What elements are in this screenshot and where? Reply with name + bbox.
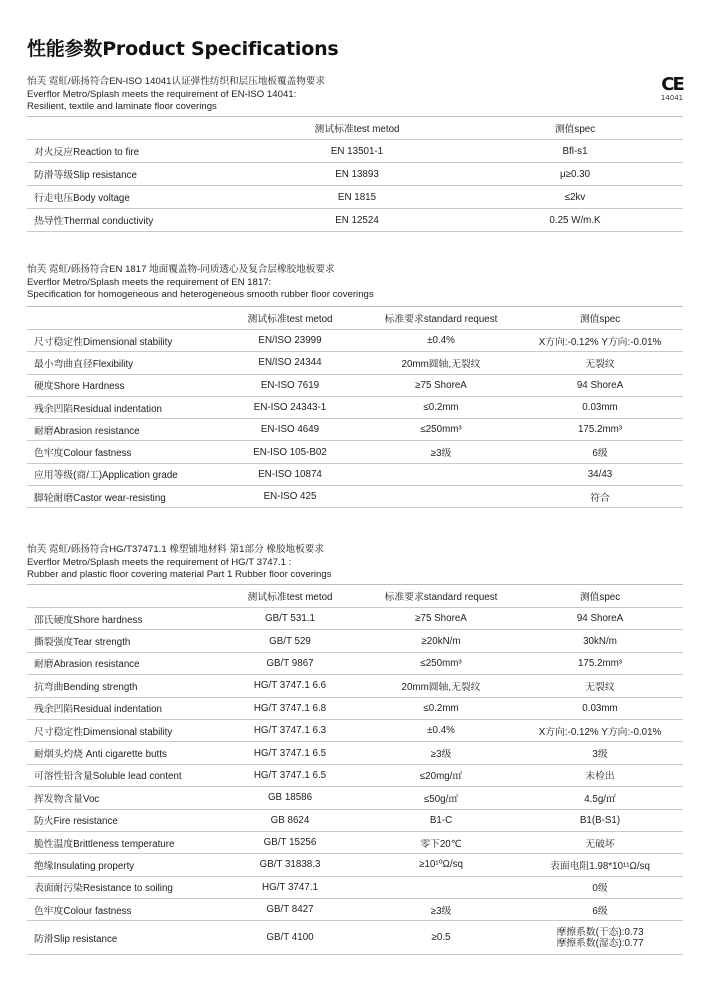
table-row: 色牢度Colour fastness EN-ISO 105-B02 ≥3级 6级 (27, 441, 683, 463)
method-cell: EN-ISO 24343-1 (215, 396, 365, 418)
method-cell: EN-ISO 10874 (215, 463, 365, 485)
header-cell: 测值spec (467, 117, 683, 140)
spec-cell: 6级 (517, 441, 683, 463)
table-row: 色牢度Colour fastness GB/T 8427 ≥3级 6级 (27, 899, 683, 921)
table-header-row: 测试标准test metod 标准要求standard request 测值sp… (27, 307, 683, 330)
spec-cell: 30kN/m (517, 630, 683, 652)
property-cell: 防滑Slip resistance (27, 921, 215, 955)
spec-cell: 表面电阻1.98*10¹¹Ω/sq (517, 854, 683, 876)
header-cell (27, 117, 247, 140)
request-cell: ≤250mm³ (365, 652, 517, 674)
property-cell: 最小弯曲直径Flexibility (27, 352, 215, 374)
request-cell (365, 463, 517, 485)
request-cell: ≥3级 (365, 742, 517, 764)
request-cell: ≥0.5 (365, 921, 517, 955)
method-cell: HG/T 3747.1 6.6 (215, 675, 365, 697)
header-cell: 标准要求standard request (365, 585, 517, 608)
method-cell: EN 13501-1 (247, 140, 467, 163)
table-row: 残余凹陷Residual indentation EN-ISO 24343-1 … (27, 396, 683, 418)
table-row: 行走电压Body voltage EN 1815 ≤2kv (27, 186, 683, 209)
table-row: 挥发物含量Voc GB 18586 ≤50g/㎡ 4.5g/㎡ (27, 787, 683, 809)
property-cell: 耐磨Abrasion resistance (27, 419, 215, 441)
request-cell: ≤50g/㎡ (365, 787, 517, 809)
request-cell: ≤20mg/㎡ (365, 764, 517, 786)
method-cell: EN-ISO 105-B02 (215, 441, 365, 463)
method-cell: GB 8624 (215, 809, 365, 831)
spec-cell: 175.2mm³ (517, 419, 683, 441)
property-cell: 挥发物含量Voc (27, 787, 215, 809)
method-cell: GB/T 31838.3 (215, 854, 365, 876)
header-cell: 测值spec (517, 585, 683, 608)
method-cell: HG/T 3747.1 6.8 (215, 697, 365, 719)
request-cell: ≥75 ShoreA (365, 374, 517, 396)
request-cell: ≥3级 (365, 899, 517, 921)
property-cell: 绝缘Insulating property (27, 854, 215, 876)
table-header-row: 测试标准test metod 标准要求standard request 测值sp… (27, 585, 683, 608)
method-cell: HG/T 3747.1 6.5 (215, 742, 365, 764)
intro-line: 怡芙 霓虹/砾扬符合EN 1817 地面覆盖物-同质透心及复合层橡胶地板要求 (27, 264, 374, 277)
ce-icon: CE (654, 76, 690, 94)
property-cell: 撕裂强度Tear strength (27, 630, 215, 652)
header-cell: 测值spec (517, 307, 683, 330)
table-row: 尺寸稳定性Dimensional stability EN/ISO 23999 … (27, 330, 683, 352)
table-row: 脚轮耐磨Castor wear-resisting EN-ISO 425 符合 (27, 486, 683, 508)
section-2-intro: 怡芙 霓虹/砾扬符合EN 1817 地面覆盖物-同质透心及复合层橡胶地板要求 E… (27, 264, 374, 302)
spec-cell: 0.03mm (517, 697, 683, 719)
table-row: 绝缘Insulating property GB/T 31838.3 ≥10¹⁰… (27, 854, 683, 876)
table-row: 耐磨Abrasion resistance EN-ISO 4649 ≤250mm… (27, 419, 683, 441)
spec-cell: μ≥0.30 (467, 163, 683, 186)
request-cell: ≥75 ShoreA (365, 608, 517, 630)
table-row: 耐烟头灼烧 Anti cigarette butts HG/T 3747.1 6… (27, 742, 683, 764)
request-cell: ±0.4% (365, 719, 517, 741)
spec-cell: 4.5g/㎡ (517, 787, 683, 809)
method-cell: EN-ISO 7619 (215, 374, 365, 396)
property-cell: 残余凹陷Residual indentation (27, 697, 215, 719)
header-cell: 测试标准test metod (247, 117, 467, 140)
method-cell: GB/T 529 (215, 630, 365, 652)
spec-cell: 摩擦系数(干态):0.73 摩擦系数(湿态):0.77 (517, 921, 683, 955)
request-cell: 20mm圆轴,无裂纹 (365, 352, 517, 374)
method-cell: EN 13893 (247, 163, 467, 186)
request-cell (365, 876, 517, 898)
intro-line: Everflor Metro/Splash meets the requirem… (27, 89, 325, 102)
slip-dry-value: 摩擦系数(干态):0.73 (517, 927, 683, 938)
table-header-row: 测试标准test metod 测值spec (27, 117, 683, 140)
table-row: 硬度Shore Hardness EN-ISO 7619 ≥75 ShoreA … (27, 374, 683, 396)
property-cell: 应用等级(商/工)Application grade (27, 463, 215, 485)
property-cell: 可溶性铅含量Soluble lead content (27, 764, 215, 786)
table-row: 对火反应Reaction to fire EN 13501-1 Bfl-s1 (27, 140, 683, 163)
property-cell: 表面耐污染Resistance to soiling (27, 876, 215, 898)
method-cell: GB/T 9867 (215, 652, 365, 674)
property-cell: 对火反应Reaction to fire (27, 140, 247, 163)
intro-line: Rubber and plastic floor covering materi… (27, 569, 332, 582)
intro-line: Specification for homogeneous and hetero… (27, 289, 374, 302)
request-cell: ±0.4% (365, 330, 517, 352)
spec-cell: X方向:-0.12% Y方向:-0.01% (517, 719, 683, 741)
spec-table-en-iso-14041: 测试标准test metod 测值spec 对火反应Reaction to fi… (27, 116, 683, 232)
table-row: 应用等级(商/工)Application grade EN-ISO 10874 … (27, 463, 683, 485)
table-row: 抗弯曲Bending strength HG/T 3747.1 6.6 20mm… (27, 675, 683, 697)
request-cell (365, 486, 517, 508)
method-cell: HG/T 3747.1 (215, 876, 365, 898)
method-cell: GB/T 4100 (215, 921, 365, 955)
table-row: 最小弯曲直径Flexibility EN/ISO 24344 20mm圆轴,无裂… (27, 352, 683, 374)
request-cell: 零下20℃ (365, 831, 517, 853)
request-cell: ≥10¹⁰Ω/sq (365, 854, 517, 876)
spec-cell: 175.2mm³ (517, 652, 683, 674)
header-cell (27, 307, 215, 330)
header-cell: 测试标准test metod (215, 307, 365, 330)
spec-cell: 3级 (517, 742, 683, 764)
table-row: 撕裂强度Tear strength GB/T 529 ≥20kN/m 30kN/… (27, 630, 683, 652)
table-row: 防火Fire resistance GB 8624 B1-C B1(B-S1) (27, 809, 683, 831)
method-cell: EN-ISO 425 (215, 486, 365, 508)
page-title: 性能参数Product Specifications (27, 34, 339, 61)
spec-cell: 符合 (517, 486, 683, 508)
method-cell: EN/ISO 23999 (215, 330, 365, 352)
intro-line: Resilient, textile and laminate floor co… (27, 101, 325, 114)
header-cell: 标准要求standard request (365, 307, 517, 330)
slip-wet-value: 摩擦系数(湿态):0.77 (517, 938, 683, 949)
request-cell: ≤250mm³ (365, 419, 517, 441)
spec-table-en-1817: 测试标准test metod 标准要求standard request 测值sp… (27, 306, 683, 508)
spec-cell: 无裂纹 (517, 352, 683, 374)
request-cell: 20mm圆轴,无裂纹 (365, 675, 517, 697)
table-row: 防滑Slip resistance GB/T 4100 ≥0.5 摩擦系数(干态… (27, 921, 683, 955)
intro-line: 怡芙 霓虹/砾扬符合EN-ISO 14041认证弹性纺织和层压地板覆盖物要求 (27, 76, 325, 89)
intro-line: Everflor Metro/Splash meets the requirem… (27, 557, 332, 570)
spec-table-hg-t-3747-1: 测试标准test metod 标准要求standard request 测值sp… (27, 584, 683, 955)
request-cell: ≤0.2mm (365, 396, 517, 418)
table-row: 邵氏硬度Shore hardness GB/T 531.1 ≥75 ShoreA… (27, 608, 683, 630)
spec-cell: 无破坏 (517, 831, 683, 853)
spec-cell: X方向:-0.12% Y方向:-0.01% (517, 330, 683, 352)
spec-cell: 无裂纹 (517, 675, 683, 697)
spec-cell: Bfl-s1 (467, 140, 683, 163)
property-cell: 行走电压Body voltage (27, 186, 247, 209)
request-cell: B1-C (365, 809, 517, 831)
request-cell: ≥3级 (365, 441, 517, 463)
property-cell: 色牢度Colour fastness (27, 441, 215, 463)
property-cell: 热导性Thermal conductivity (27, 209, 247, 232)
section-1-intro: 怡芙 霓虹/砾扬符合EN-ISO 14041认证弹性纺织和层压地板覆盖物要求 E… (27, 76, 325, 114)
property-cell: 防火Fire resistance (27, 809, 215, 831)
ce-number: 14041 (654, 94, 690, 102)
method-cell: HG/T 3747.1 6.5 (215, 764, 365, 786)
table-row: 残余凹陷Residual indentation HG/T 3747.1 6.8… (27, 697, 683, 719)
table-row: 可溶性铅含量Soluble lead content HG/T 3747.1 6… (27, 764, 683, 786)
method-cell: GB 18586 (215, 787, 365, 809)
property-cell: 耐磨Abrasion resistance (27, 652, 215, 674)
table-row: 表面耐污染Resistance to soiling HG/T 3747.1 0… (27, 876, 683, 898)
spec-cell: B1(B-S1) (517, 809, 683, 831)
request-cell: ≤0.2mm (365, 697, 517, 719)
property-cell: 尺寸稳定性Dimensional stability (27, 330, 215, 352)
method-cell: EN 12524 (247, 209, 467, 232)
method-cell: HG/T 3747.1 6.3 (215, 719, 365, 741)
spec-cell: 0.25 W/m.K (467, 209, 683, 232)
property-cell: 邵氏硬度Shore hardness (27, 608, 215, 630)
method-cell: GB/T 15256 (215, 831, 365, 853)
method-cell: EN 1815 (247, 186, 467, 209)
section-3-intro: 怡芙 霓虹/砾扬符合HG/T37471.1 橡塑铺地材料 第1部分 橡胶地板要求… (27, 544, 332, 582)
header-cell: 测试标准test metod (215, 585, 365, 608)
spec-cell: 0.03mm (517, 396, 683, 418)
header-cell (27, 585, 215, 608)
ce-mark: CE 14041 (654, 76, 690, 102)
property-cell: 脚轮耐磨Castor wear-resisting (27, 486, 215, 508)
property-cell: 残余凹陷Residual indentation (27, 396, 215, 418)
method-cell: GB/T 8427 (215, 899, 365, 921)
property-cell: 防滑等级Slip resistance (27, 163, 247, 186)
property-cell: 脆性温度Brittleness temperature (27, 831, 215, 853)
method-cell: GB/T 531.1 (215, 608, 365, 630)
spec-cell: 6级 (517, 899, 683, 921)
property-cell: 尺寸稳定性Dimensional stability (27, 719, 215, 741)
table-row: 尺寸稳定性Dimensional stability HG/T 3747.1 6… (27, 719, 683, 741)
spec-cell: 34/43 (517, 463, 683, 485)
property-cell: 硬度Shore Hardness (27, 374, 215, 396)
intro-line: Everflor Metro/Splash meets the requirem… (27, 277, 374, 290)
request-cell: ≥20kN/m (365, 630, 517, 652)
table-row: 耐磨Abrasion resistance GB/T 9867 ≤250mm³ … (27, 652, 683, 674)
property-cell: 抗弯曲Bending strength (27, 675, 215, 697)
method-cell: EN-ISO 4649 (215, 419, 365, 441)
spec-cell: ≤2kv (467, 186, 683, 209)
intro-line: 怡芙 霓虹/砾扬符合HG/T37471.1 橡塑铺地材料 第1部分 橡胶地板要求 (27, 544, 332, 557)
spec-cell: 0级 (517, 876, 683, 898)
table-row: 防滑等级Slip resistance EN 13893 μ≥0.30 (27, 163, 683, 186)
spec-cell: 94 ShoreA (517, 608, 683, 630)
property-cell: 色牢度Colour fastness (27, 899, 215, 921)
property-cell: 耐烟头灼烧 Anti cigarette butts (27, 742, 215, 764)
table-row: 脆性温度Brittleness temperature GB/T 15256 零… (27, 831, 683, 853)
table-row: 热导性Thermal conductivity EN 12524 0.25 W/… (27, 209, 683, 232)
spec-cell: 未检出 (517, 764, 683, 786)
method-cell: EN/ISO 24344 (215, 352, 365, 374)
spec-cell: 94 ShoreA (517, 374, 683, 396)
